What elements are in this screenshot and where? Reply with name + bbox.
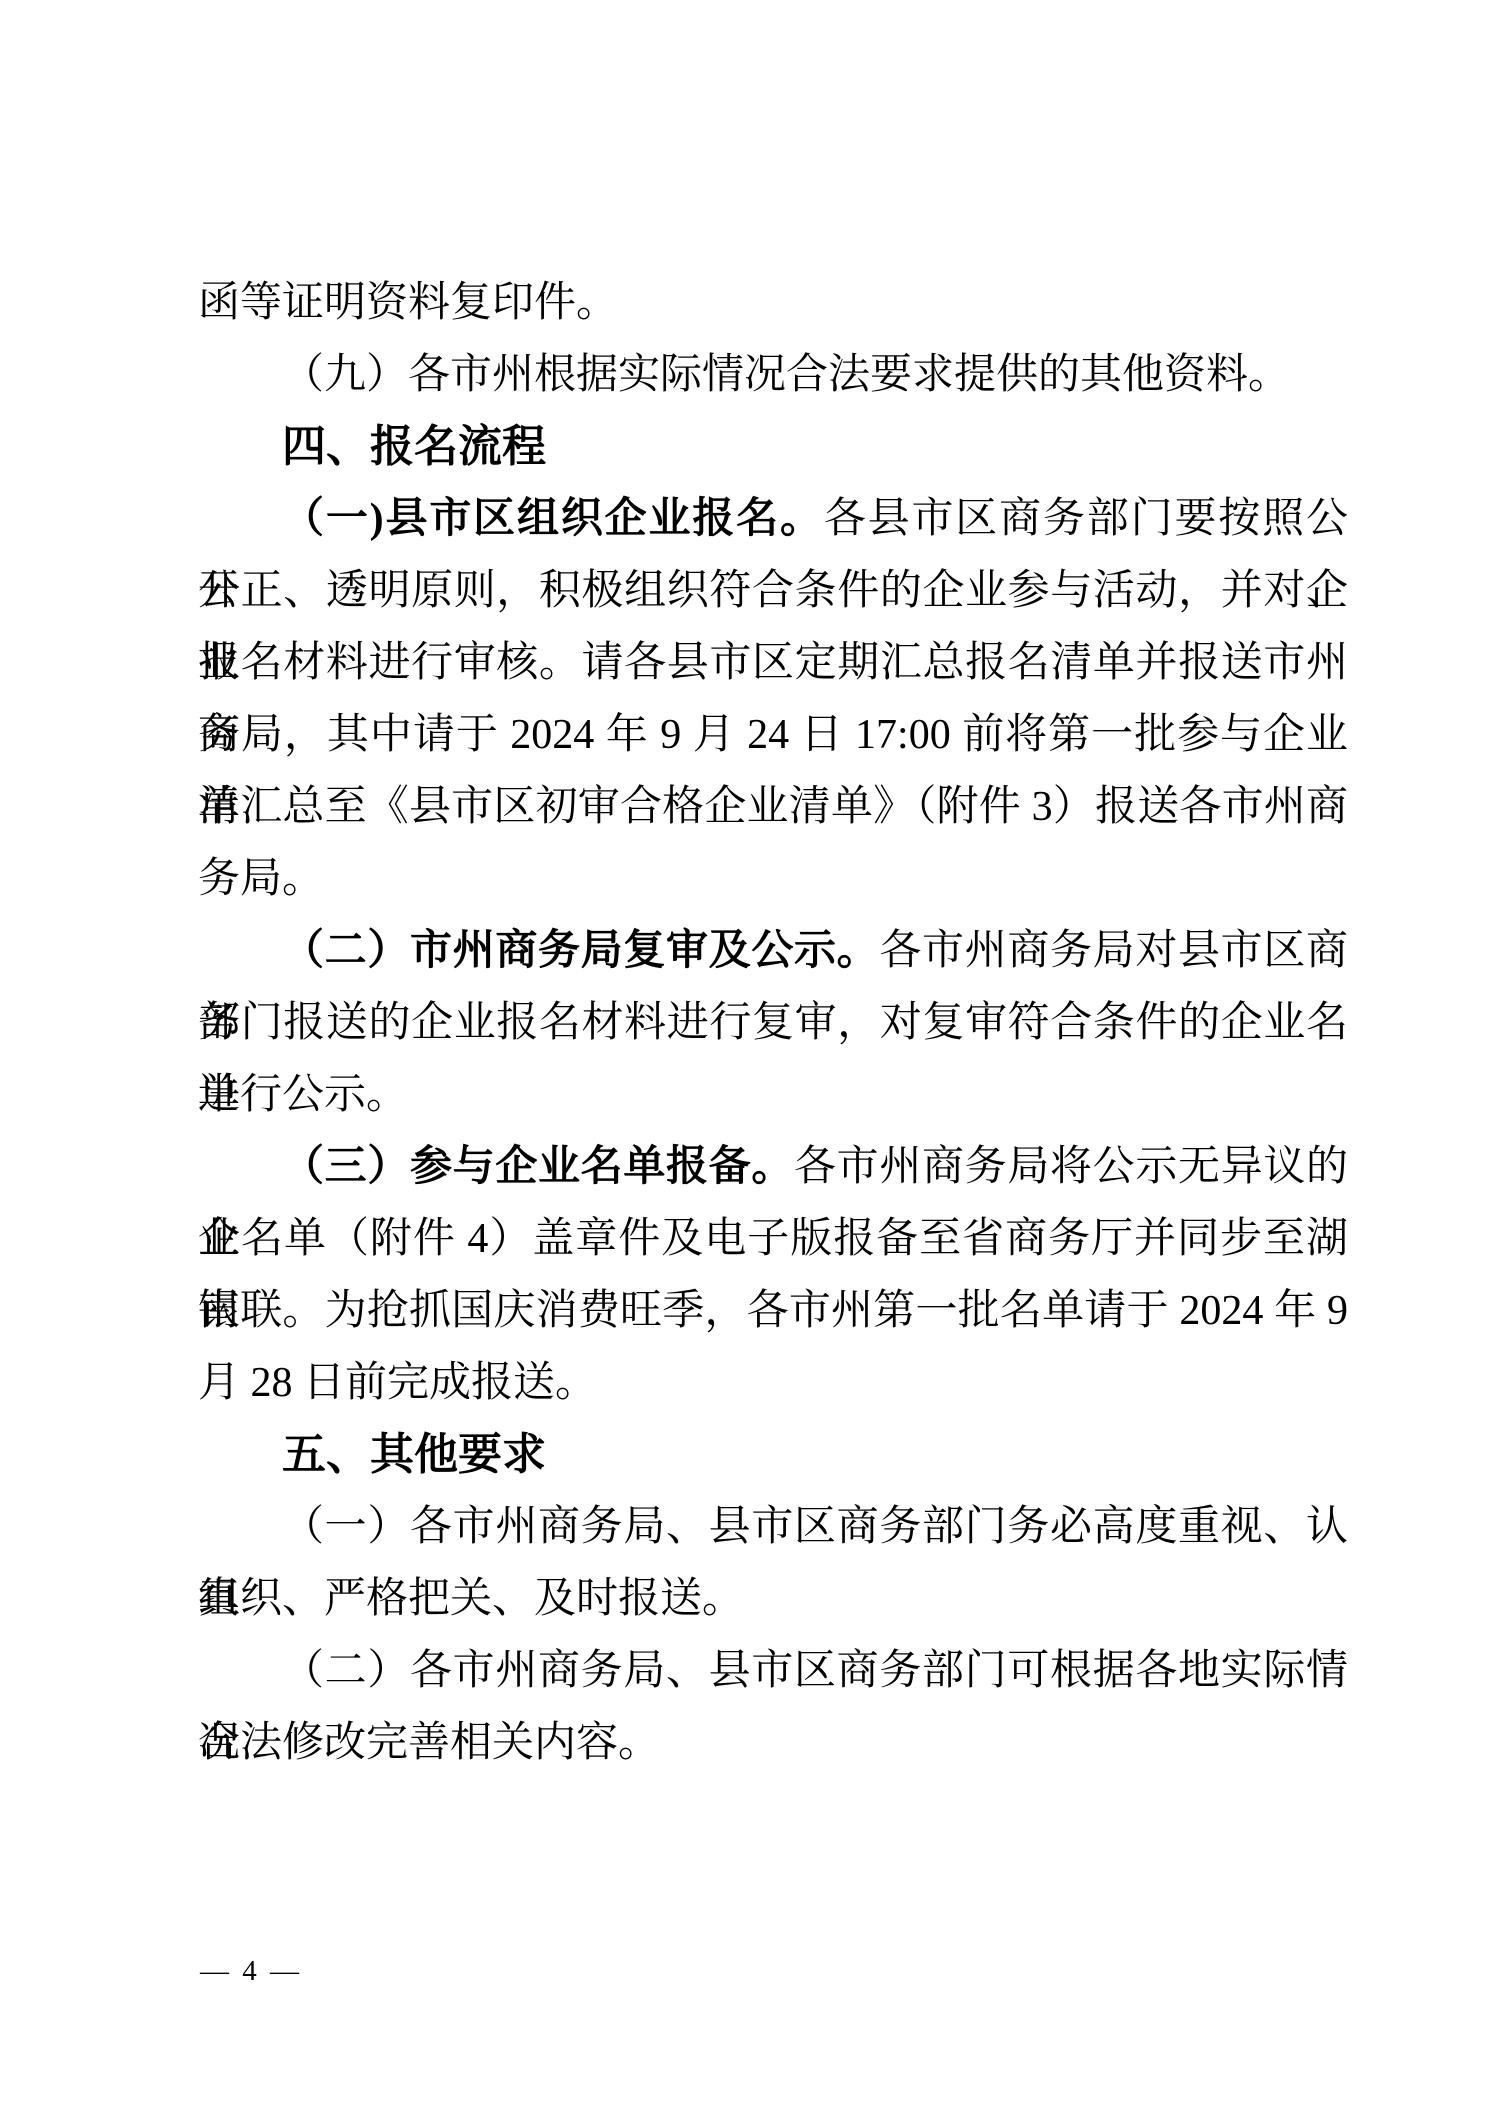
line-text: 务局。 — [198, 856, 324, 902]
text-line: （一)县市区组织企业报名。各县市区商务部门要按照公开、 — [198, 483, 1348, 555]
document-page: 函等证明资料复印件。 （九）各市州根据实际情况合法要求提供的其他资料。 四、报名… — [0, 0, 1488, 2104]
text-line: （九）各市州根据实际情况合法要求提供的其他资料。 — [198, 339, 1348, 411]
text-line: （二）各市州商务局、县市区商务部门可根据各地实际情况 — [198, 1635, 1348, 1707]
paragraph-lead: （三）参与企业名单报备。 — [282, 1144, 794, 1190]
body-text: 函等证明资料复印件。 （九）各市州根据实际情况合法要求提供的其他资料。 四、报名… — [198, 267, 1348, 1779]
heading-text: 五、其他要求 — [282, 1430, 546, 1479]
line-text: 合法修改完善相关内容。 — [198, 1720, 660, 1766]
text-line: 业名单（附件 4）盖章件及电子版报备至省商务厅并同步至湖南 — [198, 1203, 1348, 1275]
line-text: 单汇总至《县市区初审合格企业清单》（附件 3）报送各市州商 — [198, 784, 1348, 830]
text-line: 银联。为抢抓国庆消费旺季，各市州第一批名单请于 2024 年 9 — [198, 1275, 1348, 1347]
paragraph-lead: （二）市州商务局复审及公示。 — [282, 928, 879, 974]
text-line: （三）参与企业名单报备。各市州商务局将公示无异议的企 — [198, 1131, 1348, 1203]
line-text: 进行公示。 — [198, 1072, 408, 1118]
line-text: 组织、严格把关、及时报送。 — [198, 1576, 744, 1622]
text-line: 部门报送的企业报名材料进行复审，对复审符合条件的企业名单 — [198, 987, 1348, 1059]
section-heading: 五、其他要求 — [198, 1419, 1348, 1491]
text-line: 报名材料进行审核。请各县市区定期汇总报名清单并报送市州商 — [198, 627, 1348, 699]
text-line: （二）市州商务局复审及公示。各市州商务局对县市区商务 — [198, 915, 1348, 987]
text-line: 务局。 — [198, 843, 1348, 915]
section-heading: 四、报名流程 — [198, 411, 1348, 483]
text-line: 单汇总至《县市区初审合格企业清单》（附件 3）报送各市州商 — [198, 771, 1348, 843]
text-line: （一）各市州商务局、县市区商务部门务必高度重视、认真 — [198, 1491, 1348, 1563]
text-line: 组织、严格把关、及时报送。 — [198, 1563, 1348, 1635]
text-line: 合法修改完善相关内容。 — [198, 1707, 1348, 1779]
heading-text: 四、报名流程 — [282, 422, 546, 471]
line-text: 函等证明资料复印件。 — [198, 280, 618, 326]
paragraph-lead: （一)县市区组织企业报名。 — [282, 496, 824, 542]
text-line: 函等证明资料复印件。 — [198, 267, 1348, 339]
line-text: （九）各市州根据实际情况合法要求提供的其他资料。 — [282, 352, 1290, 398]
line-text: 银联。为抢抓国庆消费旺季，各市州第一批名单请于 2024 年 9 — [198, 1288, 1348, 1334]
line-text: 月 28 日前完成报送。 — [198, 1360, 597, 1406]
text-line: 务局，其中请于 2024 年 9 月 24 日 17:00 前将第一批参与企业清 — [198, 699, 1348, 771]
text-line: 公正、透明原则，积极组织符合条件的企业参与活动，并对企业 — [198, 555, 1348, 627]
text-line: 进行公示。 — [198, 1059, 1348, 1131]
page-number: — 4 — — [200, 1950, 302, 1992]
text-line: 月 28 日前完成报送。 — [198, 1347, 1348, 1419]
